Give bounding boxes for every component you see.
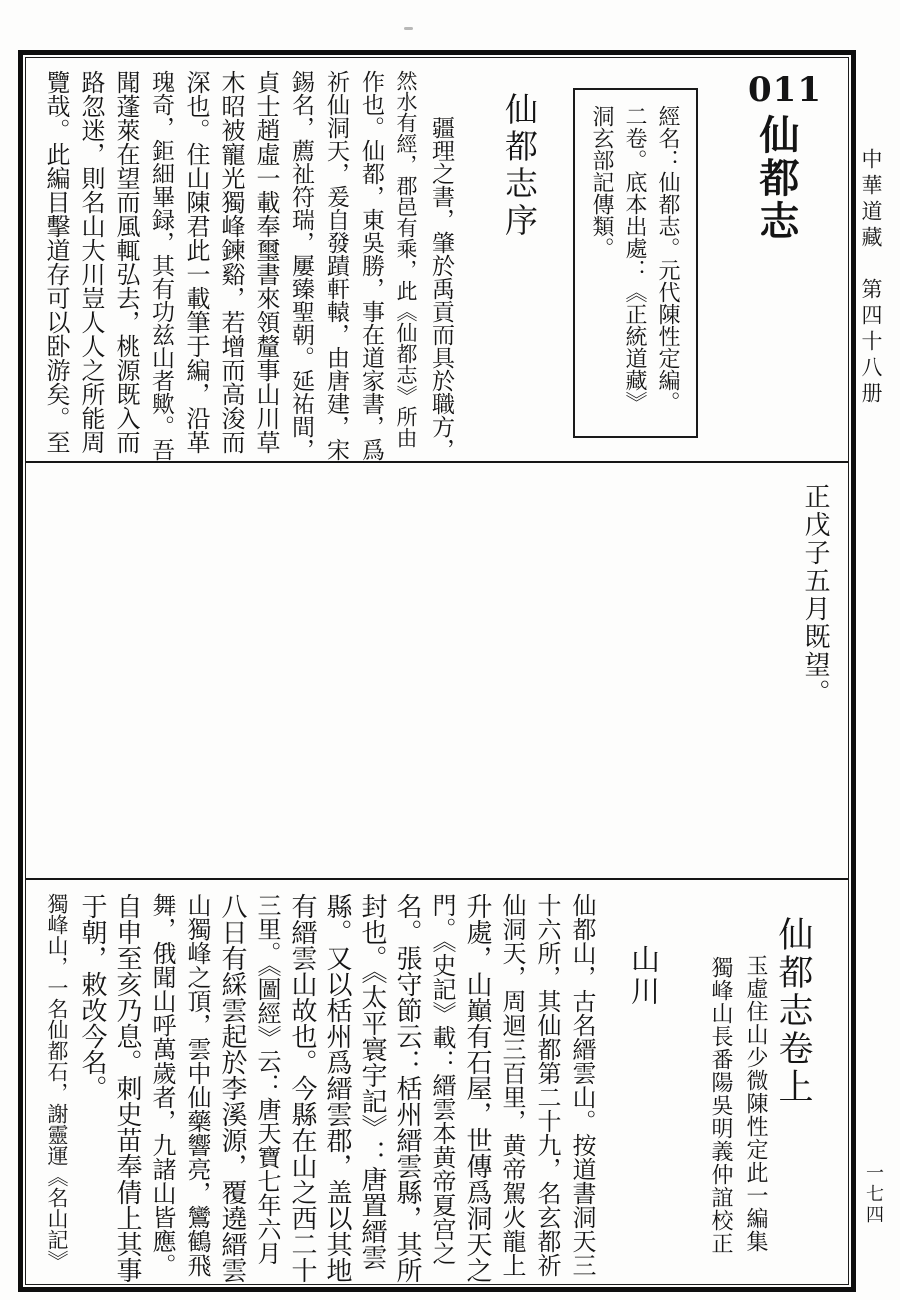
text-column: 路忽迷，則名山大川豈人人之所能周: [73, 70, 108, 462]
book-title-block: 011 仙都志: [748, 73, 794, 243]
text-column: 縣。又以栝州爲縉雲郡，盖以其地: [319, 893, 354, 1285]
section-title-and-preface: 011 仙都志 經名：仙都志。元代陳性定編。二卷。底本出處：《正統道藏》洞玄部記…: [26, 58, 848, 463]
text-column: 門。《史記》載：縉雲本黄帝夏宫之: [424, 893, 459, 1285]
text-column: 二卷。底本出處：《正統道藏》: [618, 105, 651, 421]
text-column: 有縉雲山故也。今縣在山之西二十: [284, 893, 319, 1285]
proofreader-credit: 獨峰山長番陽吳明義仲誼校正: [705, 956, 736, 1255]
text-column: 于朝，敕改今名。: [74, 893, 109, 1285]
text-column: 洞玄部記傳類。: [585, 105, 618, 421]
text-column: 祈仙洞天，爰自發蹟軒轅，由唐建，宋: [318, 70, 353, 462]
text-column: 獨峰山，一名仙都石，謝靈運《名山記》: [39, 893, 74, 1285]
text-column: 木昭被寵光獨峰鍊谿，若增而高浚而: [213, 70, 248, 462]
text-column: 三里。《圖經》云：唐天寶七年六月: [249, 893, 284, 1285]
text-column: 舞，俄聞山呼萬歲者，九諸山皆應。: [144, 893, 179, 1285]
text-column: 封也。《太平寰宇記》：唐置縉雲: [354, 893, 389, 1285]
text-column: 名。張守節云：栝州縉雲縣，其所: [389, 893, 424, 1285]
section-volume-one: 仙都志卷上 玉虛住山少微陳性定此一編集 獨峰山長番陽吳明義仲誼校正 山川 仙都山…: [26, 880, 848, 1284]
scanned-book-page: 中華道藏 第四十八册 一七四 011 仙都志 經名：仙都志。元代陳性定編。二卷。…: [0, 0, 900, 1300]
page-frame: 011 仙都志 經名：仙都志。元代陳性定編。二卷。底本出處：《正統道藏》洞玄部記…: [18, 50, 856, 1292]
text-column: 仙都山，古名縉雲山。按道書洞天三: [564, 893, 599, 1285]
series-margin-label: 中華道藏 第四十八册: [856, 148, 886, 408]
compiler-credit: 玉虛住山少微陳性定此一編集: [740, 954, 771, 1253]
text-column: 深也。住山陳君此一載筆于編，沿革: [178, 70, 213, 462]
volume-body-text: 仙都山，古名縉雲山。按道書洞天三十六所，其仙都第二十九，名玄都祈仙洞天，周迴三百…: [39, 893, 599, 1285]
chapter-heading: 山川: [624, 944, 665, 1008]
text-column: 然水有經，郡邑有乘，此《仙都志》所由: [388, 70, 423, 462]
preface-date-column: 正戊子五月既望。: [797, 483, 834, 707]
text-column: 自申至亥乃息。刺史苗奉倩上其事: [109, 893, 144, 1285]
text-column: 經名：仙都志。元代陳性定編。: [651, 105, 684, 421]
text-column: 貞士趙虛一載奉璽書來領釐事山川草: [248, 70, 283, 462]
text-column: 山獨峰之頂，雲中仙藥響亮，鸞鶴飛: [179, 893, 214, 1285]
text-column: 疆理之書，肇於禹貢而具於職方，: [423, 70, 458, 462]
text-column: 覽哉。此編目擊道存可以卧游矣。至: [38, 70, 73, 462]
colophon-box: 經名：仙都志。元代陳性定編。二卷。底本出處：《正統道藏》洞玄部記傳類。: [573, 88, 698, 438]
book-code: 011: [748, 73, 794, 107]
text-column: 升處，山巔有石屋，世傳爲洞天之: [459, 893, 494, 1285]
text-column: 錫名，薦祉符瑞，屢臻聖朝。延祐間，: [283, 70, 318, 462]
preface-text: 疆理之書，肇於禹貢而具於職方，然水有經，郡邑有乘，此《仙都志》所由作也。仙都，東…: [38, 70, 458, 462]
text-column: 仙洞天，周迴三百里，黄帝駕火龍上: [494, 893, 529, 1285]
volume-title: 仙都志卷上: [768, 916, 818, 1106]
text-column: 八日有綵雲起於李溪源，覆遶縉雲: [214, 893, 249, 1285]
text-column: 作也。仙都，東吳勝，事在道家書，爲: [353, 70, 388, 462]
text-column: 瑰奇，鉅細畢録，其有功兹山者歟。吾: [143, 70, 178, 462]
preface-title: 仙都志序: [496, 92, 543, 240]
book-title: 仙都志: [748, 114, 805, 243]
scan-artifact: [404, 27, 413, 30]
inner-frame: 011 仙都志 經名：仙都志。元代陳性定編。二卷。底本出處：《正統道藏》洞玄部記…: [25, 57, 849, 1285]
text-column: 聞蓬萊在望而風輒弘去，桃源既入而: [108, 70, 143, 462]
page-number: 一七四: [860, 1163, 886, 1226]
section-preface-date: 正戊子五月既望。: [26, 463, 848, 880]
text-column: 十六所，其仙都第二十九，名玄都祈: [529, 893, 564, 1285]
